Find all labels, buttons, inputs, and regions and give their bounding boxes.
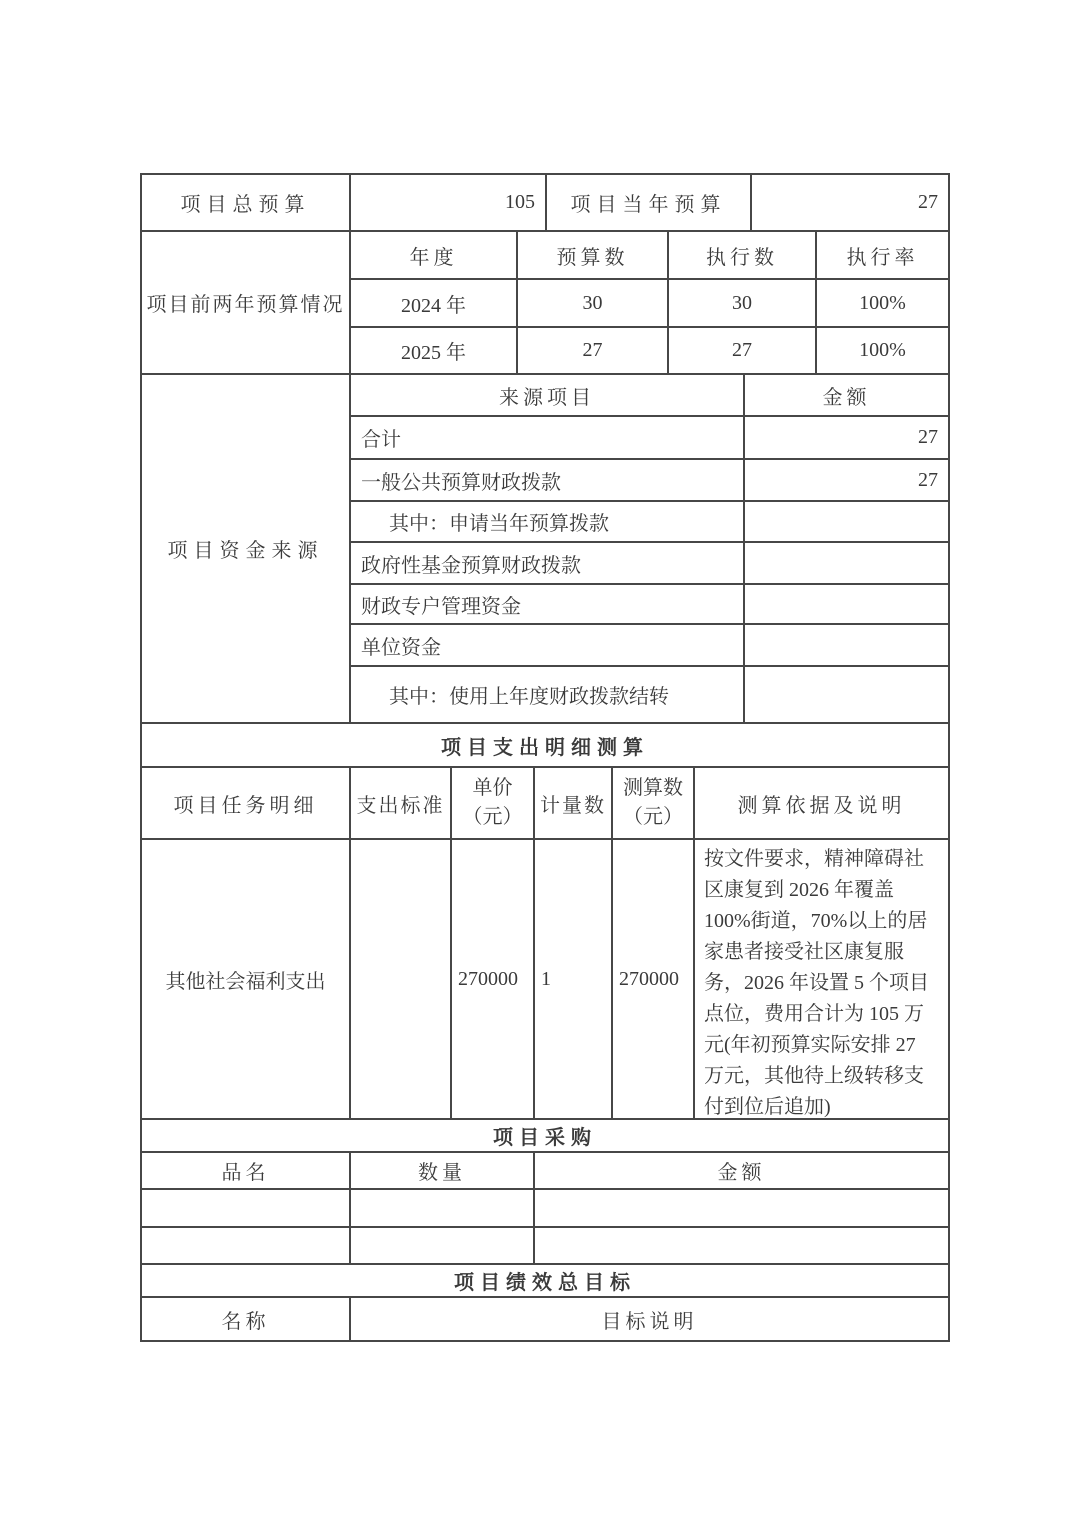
- execution-number-cell: 27: [669, 328, 817, 375]
- estimate-cell: 270000: [613, 840, 695, 1120]
- col-year-header: 年度: [351, 232, 518, 280]
- item-name-cell: [142, 1190, 351, 1228]
- procurement-empty-row: [142, 1190, 950, 1228]
- procurement-quantity-cell: [351, 1190, 535, 1228]
- year-cell: 2025 年: [351, 328, 518, 375]
- col-amount-header: 金额: [745, 375, 950, 417]
- expense-data-row: 其他社会福利支出 270000 1 270000 按文件要求，精神障碍社区康复到…: [142, 840, 950, 1120]
- execution-rate-cell: 100%: [817, 280, 950, 328]
- funding-sources-section: 项目资金来源 来源项目 金额 合计 27 一般公共预算财政拨款 27 其中：申请…: [142, 375, 950, 724]
- funding-row-fiscal-account: 财政专户管理资金: [351, 585, 950, 625]
- procurement-header-row: 品名 数量 金额: [142, 1153, 950, 1190]
- expense-standard-cell: [351, 840, 452, 1120]
- procurement-section-title: 项目采购: [142, 1120, 950, 1153]
- col-quantity-header: 计量数: [535, 768, 613, 840]
- procurement-title-row: 项目采购: [142, 1120, 950, 1153]
- summary-row: 项目总预算 105 项目当年预算 27: [142, 175, 950, 232]
- col-execution-number-header: 执行数: [669, 232, 817, 280]
- item-name-cell: [142, 1228, 351, 1265]
- procurement-amount-cell: [535, 1190, 950, 1228]
- funding-sources-subtable: 来源项目 金额 合计 27 一般公共预算财政拨款 27 其中：申请当年预算拨款 …: [351, 375, 950, 724]
- prior-years-label: 项目前两年预算情况: [142, 232, 351, 375]
- prior-years-header-row: 年度 预算数 执行数 执行率: [351, 232, 950, 280]
- source-item-cell: 其中：使用上年度财政拨款结转: [351, 667, 745, 724]
- source-item-cell: 其中：申请当年预算拨款: [351, 502, 745, 543]
- task-detail-cell: 其他社会福利支出: [142, 840, 351, 1120]
- procurement-empty-row: [142, 1228, 950, 1265]
- col-goal-description-header: 目标说明: [351, 1298, 950, 1342]
- source-item-cell: 单位资金: [351, 625, 745, 667]
- amount-cell: [745, 585, 950, 625]
- col-execution-rate-header: 执行率: [817, 232, 950, 280]
- funding-row-general-public: 一般公共预算财政拨款 27: [351, 460, 950, 502]
- funding-sources-label: 项目资金来源: [142, 375, 351, 724]
- col-procurement-amount-header: 金额: [535, 1153, 950, 1190]
- procurement-quantity-cell: [351, 1228, 535, 1265]
- funding-header-row: 来源项目 金额: [351, 375, 950, 417]
- execution-number-cell: 30: [669, 280, 817, 328]
- col-task-detail-header: 项目任务明细: [142, 768, 351, 840]
- source-item-cell: 财政专户管理资金: [351, 585, 745, 625]
- project-total-budget-label: 项目总预算: [142, 175, 351, 232]
- performance-section-title: 项目绩效总目标: [142, 1265, 950, 1298]
- funding-row-total: 合计 27: [351, 417, 950, 460]
- unit-price-cell: 270000: [452, 840, 535, 1120]
- col-budget-number-header: 预算数: [518, 232, 669, 280]
- year-cell: 2024 年: [351, 280, 518, 328]
- project-budget-table: 项目总预算 105 项目当年预算 27 项目前两年预算情况 年度 预算数 执行数…: [140, 173, 950, 1342]
- quantity-cell: 1: [535, 840, 613, 1120]
- project-total-budget-value: 105: [351, 175, 547, 232]
- prior-years-subtable: 年度 预算数 执行数 执行率 2024 年 30 30 100% 2025 年 …: [351, 232, 950, 375]
- expense-title-row: 项目支出明细测算: [142, 724, 950, 768]
- funding-row-current-year-request: 其中：申请当年预算拨款: [351, 502, 950, 543]
- col-unit-price-header: 单价 （元）: [452, 768, 535, 840]
- funding-row-government-fund: 政府性基金预算财政拨款: [351, 543, 950, 585]
- basis-description-cell: 按文件要求，精神障碍社区康复到 2026 年覆盖 100%街道，70%以上的居家…: [695, 840, 950, 1120]
- col-item-name-header: 品名: [142, 1153, 351, 1190]
- col-basis-header: 测算依据及说明: [695, 768, 950, 840]
- amount-cell: 27: [745, 417, 950, 460]
- expense-section-title: 项目支出明细测算: [142, 724, 950, 768]
- project-current-year-budget-value: 27: [752, 175, 950, 232]
- expense-header-row: 项目任务明细 支出标准 单价 （元） 计量数 测算数 （元） 测算依据及说明: [142, 768, 950, 840]
- execution-rate-cell: 100%: [817, 328, 950, 375]
- amount-cell: [745, 543, 950, 585]
- source-item-cell: 合计: [351, 417, 745, 460]
- funding-row-carryover: 其中：使用上年度财政拨款结转: [351, 667, 950, 724]
- budget-number-cell: 30: [518, 280, 669, 328]
- performance-title-row: 项目绩效总目标: [142, 1265, 950, 1298]
- source-item-cell: 政府性基金预算财政拨款: [351, 543, 745, 585]
- budget-number-cell: 27: [518, 328, 669, 375]
- amount-cell: 27: [745, 460, 950, 502]
- budget-document-page: 项目总预算 105 项目当年预算 27 项目前两年预算情况 年度 预算数 执行数…: [0, 0, 1074, 1520]
- prior-year-row-2025: 2025 年 27 27 100%: [351, 328, 950, 375]
- funding-row-unit-funds: 单位资金: [351, 625, 950, 667]
- project-current-year-budget-label: 项目当年预算: [547, 175, 752, 232]
- procurement-amount-cell: [535, 1228, 950, 1265]
- performance-header-row: 名称 目标说明: [142, 1298, 950, 1342]
- source-item-cell: 一般公共预算财政拨款: [351, 460, 745, 502]
- col-source-item-header: 来源项目: [351, 375, 745, 417]
- col-procurement-quantity-header: 数量: [351, 1153, 535, 1190]
- col-goal-name-header: 名称: [142, 1298, 351, 1342]
- amount-cell: [745, 625, 950, 667]
- prior-year-row-2024: 2024 年 30 30 100%: [351, 280, 950, 328]
- amount-cell: [745, 502, 950, 543]
- col-estimate-header: 测算数 （元）: [613, 768, 695, 840]
- col-expense-standard-header: 支出标准: [351, 768, 452, 840]
- prior-years-section: 项目前两年预算情况 年度 预算数 执行数 执行率 2024 年 30 30 10…: [142, 232, 950, 375]
- amount-cell: [745, 667, 950, 724]
